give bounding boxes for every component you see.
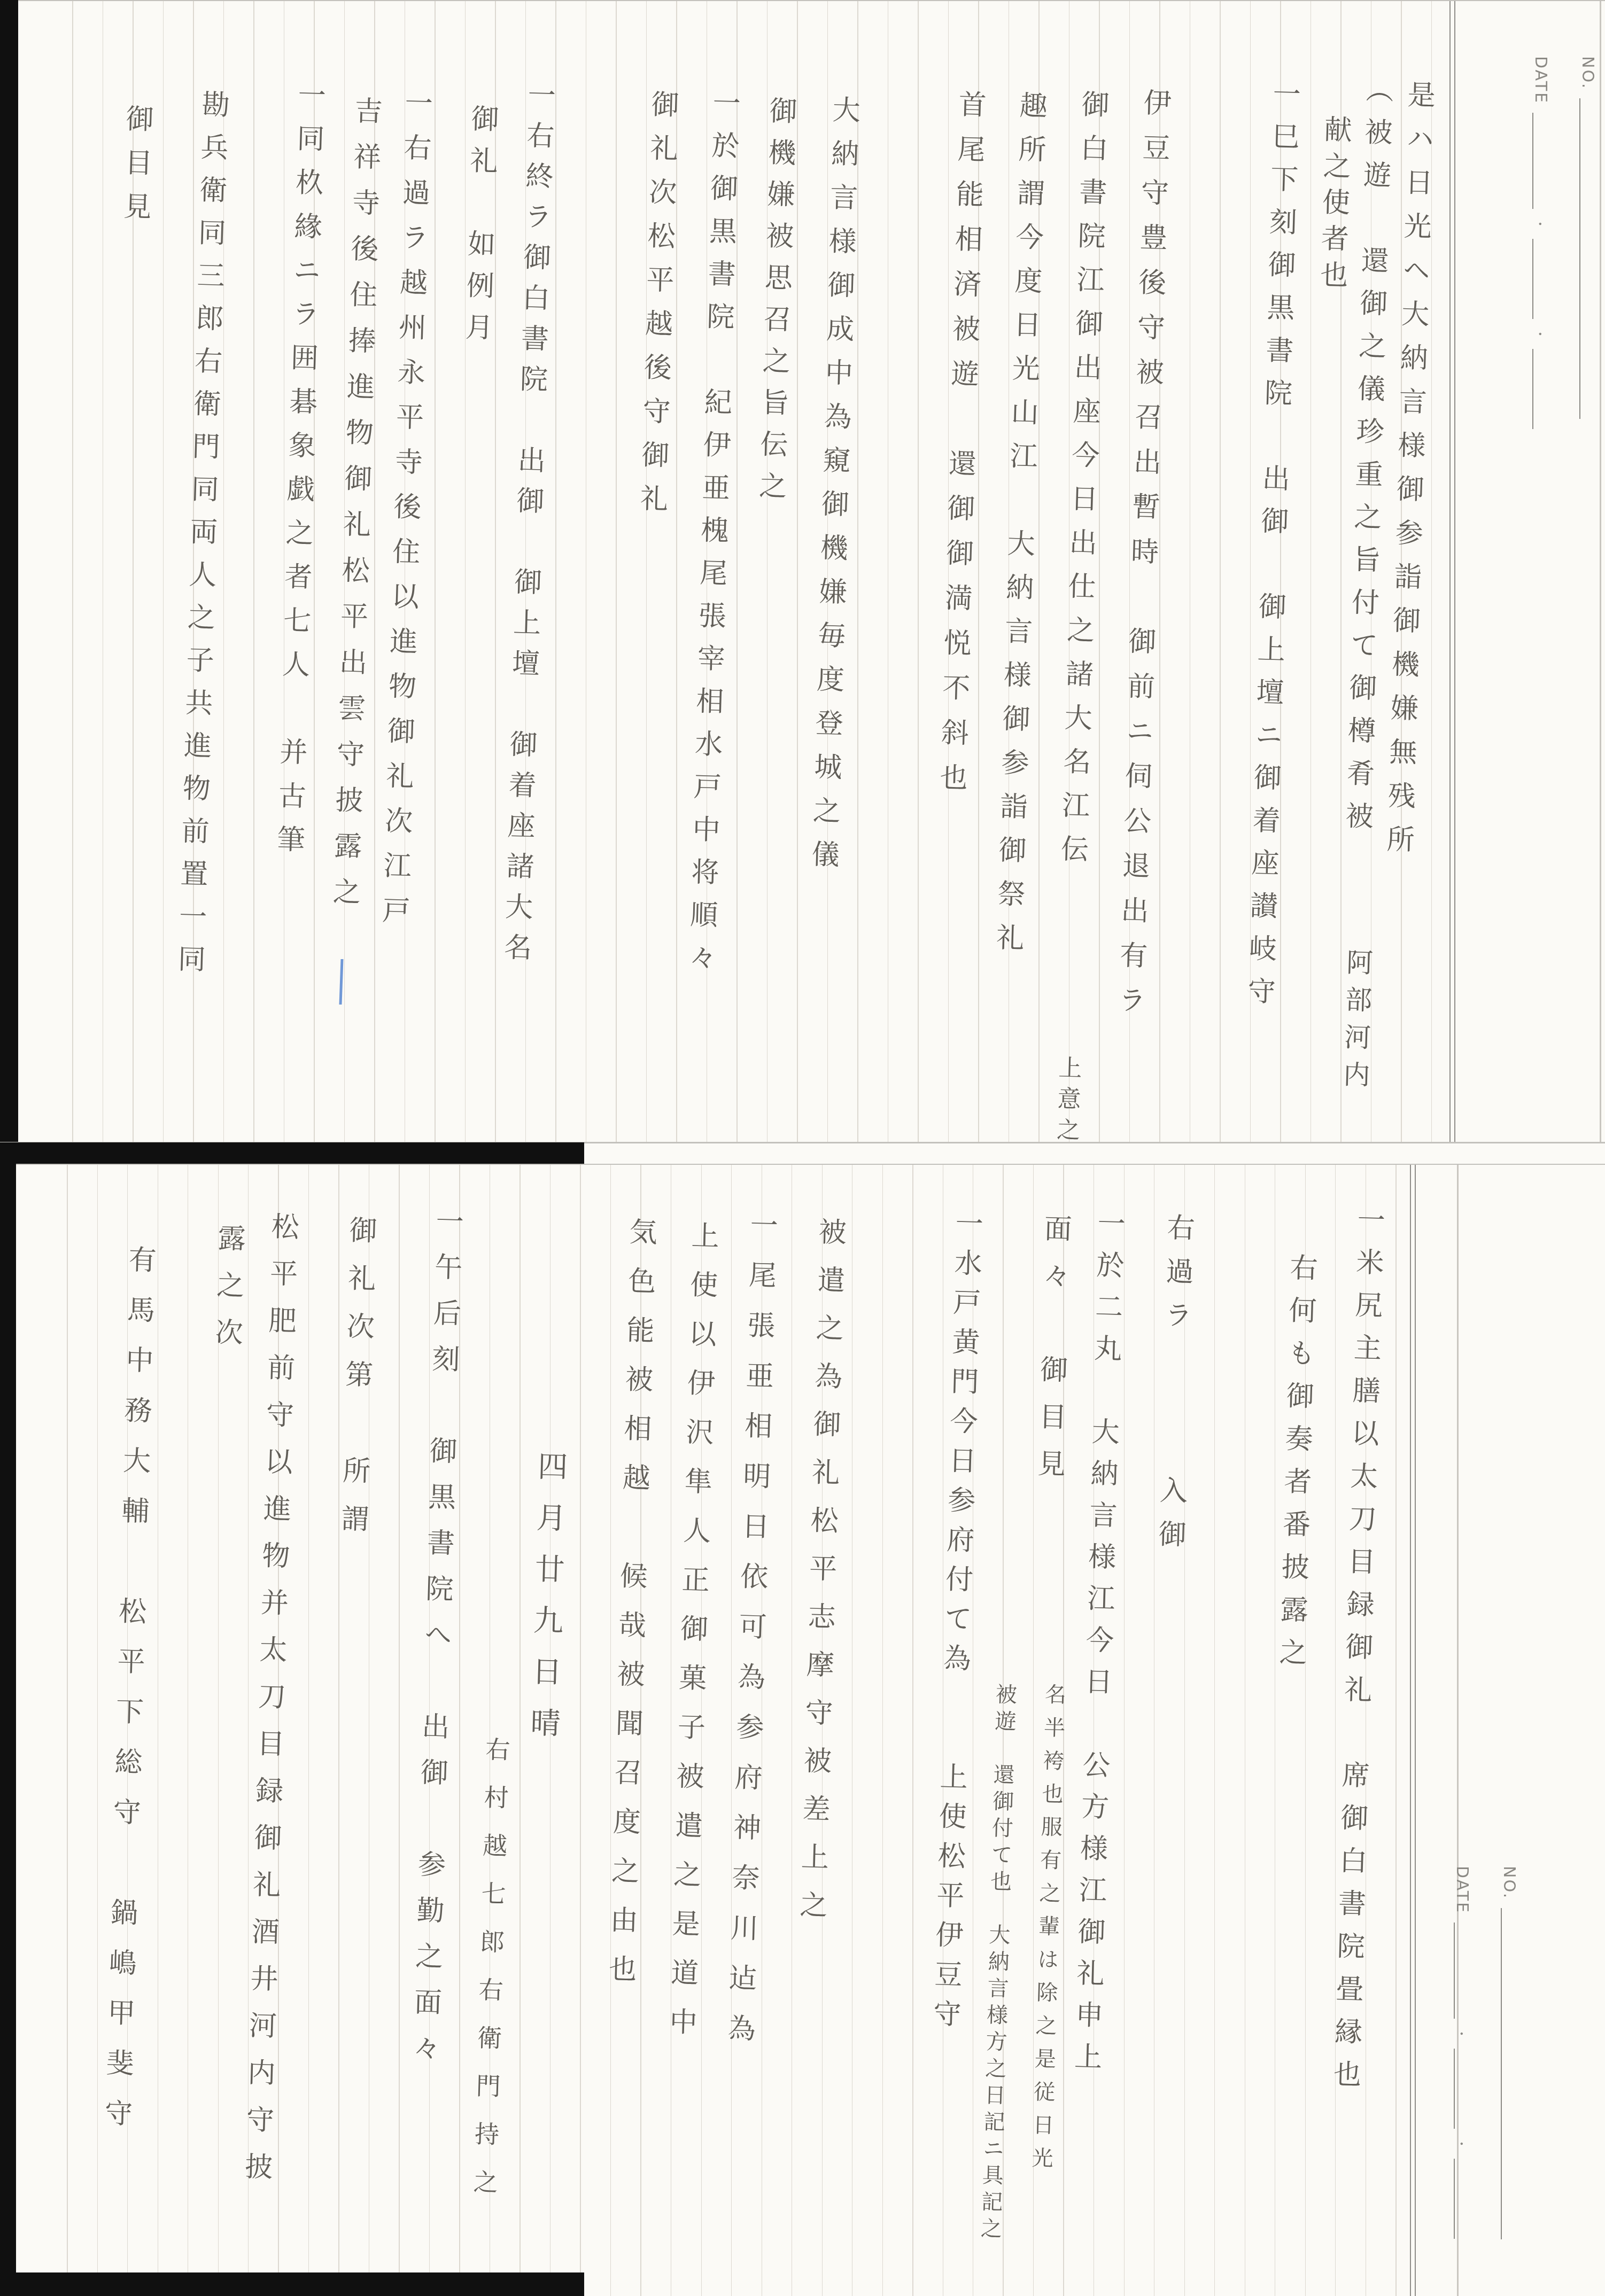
handwriting-column: 御礼 如例月 — [456, 104, 503, 355]
handwriting-column: 一水戸黄門今日参府付て為 上使松平伊豆守 — [924, 1208, 987, 2039]
handwriting-column: 一右終ラ御白書院 出御 御上壇 御着座諸大名 — [494, 80, 560, 974]
handwriting-column: 大納言様御成中為窺御機嫌毎度登城之儀 — [802, 95, 864, 884]
handwriting-column: 四月廿九日晴 — [521, 1450, 572, 1759]
handwriting-column: 一尾張亜相明日依可為参府神奈川迠為 — [718, 1210, 782, 2064]
scanner-strip-left-bottom — [0, 1164, 16, 2296]
scanner-strip-bottom — [0, 2272, 584, 2296]
handwriting-column: 一午后刻 御黒書院へ 出御 参勤之面々 — [403, 1206, 468, 2080]
date-line — [1454, 1923, 1459, 2019]
handwriting-column: 阿部河内 — [1335, 948, 1377, 1099]
handwriting-column: 露之次 — [206, 1223, 250, 1365]
margin-rule-top-page — [1449, 0, 1455, 1142]
scanner-strip-left-top — [0, 0, 18, 1142]
handwriting-column: 御白書院江御出座今日出仕之諸大名江伝 — [1051, 89, 1113, 879]
no-label: NO. — [1579, 56, 1595, 90]
handwriting-column: 上使以伊沢隼人正御菓子被遣之是道中 — [660, 1220, 723, 2057]
scan-top-edge — [0, 0, 1605, 1]
handwriting-column: 一同杦緣ニラ囲碁象戯之者七人 并古筆 — [268, 80, 330, 869]
handwriting-column: 右何も御奏者番披露之 — [1270, 1252, 1322, 1681]
handwriting-column: 上意之 — [1048, 1055, 1085, 1149]
date-line — [1532, 113, 1538, 209]
date-dot: ・ — [1455, 2137, 1468, 2150]
margin-rule-bottom-page — [1410, 1164, 1416, 2296]
handwriting-column: 右過ラ 入御 — [1149, 1212, 1199, 1564]
blue-ink-mark — [339, 959, 344, 1005]
date-label: DATE — [1532, 56, 1548, 104]
handwriting-column: 御機嫌被思召之旨伝之 — [749, 96, 801, 513]
notebook-header-bottom: NO. DATE ・ ・ — [1454, 1866, 1517, 2296]
handwriting-column: 勘兵衛同三郎右衛門同両人之子共進物前置一同 — [168, 89, 234, 987]
handwriting-column: 趣所謂今度日光山江 大納言様御参詣御祭礼 — [987, 90, 1051, 967]
handwriting-column: 献之使者也 — [1311, 114, 1356, 297]
handwriting-column: 一米尻主膳以太刀目録御礼 席御白書院畳縁也 — [1324, 1204, 1389, 2103]
no-line — [1501, 1908, 1506, 2239]
scan-bottom-page-top-edge — [0, 1164, 1605, 1165]
handwriting-column: 右村越七郎右衛門持之 — [466, 1736, 514, 2217]
handwriting-column: 一巳下刻御黒書院 出御 御上壇ニ御着座讃岐守 — [1238, 79, 1305, 1019]
date-dot: ・ — [1455, 2027, 1468, 2040]
no-row: NO. — [1501, 1866, 1517, 2296]
paper-edge-top-page — [1600, 0, 1601, 1142]
handwriting-column: 伊豆守豊後守被召出暫時 御前ニ伺公退出有ラ — [1109, 88, 1175, 1031]
scanner-strip-separator — [0, 1142, 584, 1164]
handwriting-column: 御目見 — [114, 104, 158, 236]
date-label: DATE — [1454, 1866, 1470, 1914]
date-line — [1532, 349, 1538, 429]
date-row: DATE ・ ・ — [1532, 56, 1548, 494]
handwriting-column: 御礼次松平越後守御礼 — [631, 89, 683, 528]
handwriting-column: 有馬中務大輔 松平下総守 鍋嶋甲斐守 — [95, 1244, 160, 2149]
date-row: DATE ・ ・ — [1454, 1866, 1470, 2296]
ruled-lines-top-page — [43, 0, 1448, 1142]
handwriting-column: 気色能被相越 候哉被聞召度之由也 — [599, 1217, 661, 2004]
no-line — [1579, 98, 1585, 419]
handwriting-column: 被遣之為御礼松平志摩守被差上之 — [790, 1217, 850, 1939]
date-line — [1454, 2159, 1459, 2239]
handwriting-column: 御礼次第 所謂 — [331, 1215, 381, 1553]
handwriting-column: 首尾能相済被遊 還御御満悦不斜也 — [930, 89, 990, 808]
no-row: NO. — [1579, 56, 1595, 494]
handwriting-column: 一於御黒書院 紀伊亜槐尾張宰相水戸中将順々 — [679, 88, 745, 986]
date-line — [1454, 2049, 1459, 2129]
scanned-notebook: NO. DATE ・ ・ 是ハ日光ヘ大納言様御参詣御機嫌無残所（被遊 還御之儀珍… — [0, 0, 1605, 2296]
handwriting-column: 面々 御目見 — [1028, 1213, 1076, 1497]
no-label: NO. — [1501, 1866, 1517, 1900]
handwriting-column: 一於二丸 大納言様江今日 公方様江御礼申上 — [1065, 1208, 1129, 2084]
date-dot: ・ — [1533, 328, 1546, 340]
handwriting-column: 被遊 還御付て也 大納言様方之日記ニ具記之 — [974, 1683, 1020, 2244]
date-line — [1532, 239, 1538, 319]
handwriting-column: 名半袴也服有之輩は除之是従日光 — [1025, 1683, 1069, 2180]
date-dot: ・ — [1533, 217, 1546, 230]
notebook-header-top: NO. DATE ・ ・ — [1532, 56, 1595, 494]
